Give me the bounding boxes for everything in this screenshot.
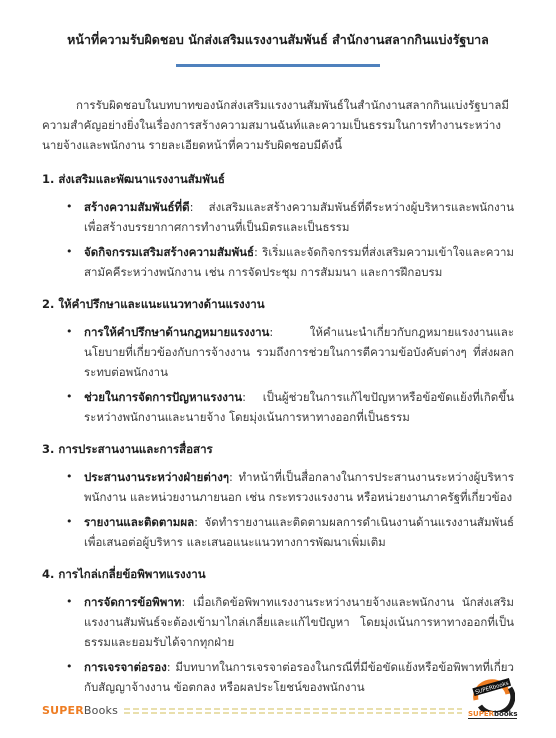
section-2: 2. ให้คำปรึกษาและแนะแนวทางด้านแรงงาน • ก… bbox=[42, 294, 514, 427]
bullet-text-block: ประสานงานระหว่างฝ่ายต่างๆ: ทำหน้าที่เป็น… bbox=[84, 467, 514, 507]
section-3: 3. การประสานงานและการสื่อสาร • ประสานงาน… bbox=[42, 439, 514, 552]
section-4-bullet-list: • การจัดการข้อพิพาท: เมื่อเกิดข้อพิพาทแร… bbox=[42, 592, 514, 697]
bullet-icon: • bbox=[66, 387, 84, 427]
bullet-item: • ช่วยในการจัดการปัญหาแรงงาน: เป็นผู้ช่ว… bbox=[66, 387, 514, 427]
bullet-icon: • bbox=[66, 467, 84, 507]
bullet-text-block: จัดกิจกรรมเสริมสร้างความสัมพันธ์: ริเริ่… bbox=[84, 242, 514, 282]
bullet-icon: • bbox=[66, 592, 84, 652]
bullet-text-block: ช่วยในการจัดการปัญหาแรงงาน: เป็นผู้ช่วยใ… bbox=[84, 387, 514, 427]
document-page: หน้าที่ความรับผิดชอบ นักส่งเสริมแรงงานสั… bbox=[0, 0, 556, 738]
bullet-lead: รายงานและติดตามผล bbox=[84, 515, 194, 529]
intro-paragraph: การรับผิดชอบในบทบาทของนักส่งเสริมแรงงานส… bbox=[42, 95, 514, 155]
bullet-item: • จัดกิจกรรมเสริมสร้างความสัมพันธ์: ริเร… bbox=[66, 242, 514, 282]
title-divider bbox=[176, 64, 380, 67]
bullet-lead: การให้คำปรึกษาด้านกฎหมายแรงงาน bbox=[84, 325, 269, 339]
section-4: 4. การไกล่เกลี่ยข้อพิพาทแรงงาน • การจัดก… bbox=[42, 564, 514, 697]
bullet-text-block: การจัดการข้อพิพาท: เมื่อเกิดข้อพิพาทแรงง… bbox=[84, 592, 514, 652]
logo-wordmark: SUPERbooks bbox=[468, 710, 517, 719]
bullet-lead: จัดกิจกรรมเสริมสร้างความสัมพันธ์ bbox=[84, 245, 254, 259]
section-4-heading: 4. การไกล่เกลี่ยข้อพิพาทแรงงาน bbox=[42, 564, 514, 584]
bullet-icon: • bbox=[66, 657, 84, 697]
bullet-text-block: รายงานและติดตามผล: จัดทำรายงานและติดตามผ… bbox=[84, 512, 514, 552]
section-3-bullet-list: • ประสานงานระหว่างฝ่ายต่างๆ: ทำหน้าที่เป… bbox=[42, 467, 514, 552]
bullet-lead: ประสานงานระหว่างฝ่ายต่างๆ bbox=[84, 470, 229, 484]
section-1-bullet-list: • สร้างความสัมพันธ์ที่ดี: ส่งเสริมและสร้… bbox=[42, 197, 514, 282]
footer-brand-super: SUPER bbox=[42, 704, 84, 717]
bullet-item: • ประสานงานระหว่างฝ่ายต่างๆ: ทำหน้าที่เป… bbox=[66, 467, 514, 507]
bullet-lead: สร้างความสัมพันธ์ที่ดี bbox=[84, 200, 190, 214]
bullet-item: • สร้างความสัมพันธ์ที่ดี: ส่งเสริมและสร้… bbox=[66, 197, 514, 237]
superbooks-logo: SUPERbooks SUPERbooks bbox=[468, 701, 516, 720]
bullet-icon: • bbox=[66, 242, 84, 282]
section-1-heading: 1. ส่งเสริมและพัฒนาแรงงานสัมพันธ์ bbox=[42, 169, 514, 189]
section-2-heading: 2. ให้คำปรึกษาและแนะแนวทางด้านแรงงาน bbox=[42, 294, 514, 314]
bullet-item: • การจัดการข้อพิพาท: เมื่อเกิดข้อพิพาทแร… bbox=[66, 592, 514, 652]
bullet-text-block: การให้คำปรึกษาด้านกฎหมายแรงงาน: ให้คำแนะ… bbox=[84, 322, 514, 382]
bullet-icon: • bbox=[66, 512, 84, 552]
footer-brand-books: Books bbox=[84, 704, 118, 717]
section-1: 1. ส่งเสริมและพัฒนาแรงงานสัมพันธ์ • สร้า… bbox=[42, 169, 514, 282]
bullet-item: • การให้คำปรึกษาด้านกฎหมายแรงงาน: ให้คำแ… bbox=[66, 322, 514, 382]
bullet-icon: • bbox=[66, 322, 84, 382]
bullet-icon: • bbox=[66, 197, 84, 237]
bullet-item: • รายงานและติดตามผล: จัดทำรายงานและติดตา… bbox=[66, 512, 514, 552]
bullet-text-block: การเจรจาต่อรอง: มีบทบาทในการเจรจาต่อรองใ… bbox=[84, 657, 514, 697]
logo-wordmark-books: books bbox=[494, 710, 517, 718]
section-3-heading: 3. การประสานงานและการสื่อสาร bbox=[42, 439, 514, 459]
logo-wordmark-super: SUPER bbox=[468, 710, 494, 718]
bullet-item: • การเจรจาต่อรอง: มีบทบาทในการเจรจาต่อรอ… bbox=[66, 657, 514, 697]
section-2-bullet-list: • การให้คำปรึกษาด้านกฎหมายแรงงาน: ให้คำแ… bbox=[42, 322, 514, 427]
superbooks-swirl-icon: SUPERbooks bbox=[469, 674, 515, 712]
footer-divider bbox=[124, 708, 462, 714]
bullet-lead: การจัดการข้อพิพาท bbox=[84, 595, 181, 609]
bullet-text-block: สร้างความสัมพันธ์ที่ดี: ส่งเสริมและสร้าง… bbox=[84, 197, 514, 237]
page-footer: SUPERBooks SUPERbooks SUPERbooks bbox=[42, 701, 516, 720]
footer-brand: SUPERBooks bbox=[42, 704, 118, 717]
bullet-lead: ช่วยในการจัดการปัญหาแรงงาน bbox=[84, 390, 242, 404]
page-title: หน้าที่ความรับผิดชอบ นักส่งเสริมแรงงานสั… bbox=[42, 30, 514, 50]
bullet-lead: การเจรจาต่อรอง bbox=[84, 660, 167, 674]
